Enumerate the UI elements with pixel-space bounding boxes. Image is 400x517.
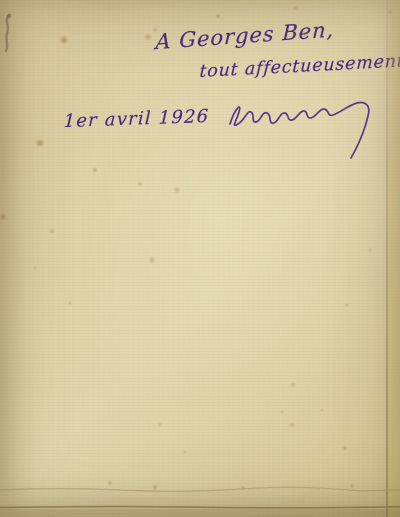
right-underpage-strip bbox=[388, 0, 400, 517]
foxing-spot bbox=[144, 33, 152, 41]
dedication-date: 1er avril 1926 bbox=[63, 106, 209, 132]
foxing-spot bbox=[280, 410, 285, 415]
foxing-spot bbox=[68, 301, 73, 306]
foxing-spot bbox=[290, 382, 295, 387]
dedication-line-1: A Georges Ben, bbox=[155, 18, 335, 55]
foxing-spot bbox=[289, 422, 295, 428]
left-edge-ink-smudge bbox=[1, 12, 15, 54]
foxing-spot bbox=[215, 13, 221, 19]
foxing-spot bbox=[59, 35, 69, 45]
foxing-spot bbox=[173, 186, 181, 194]
foxing-spot bbox=[137, 181, 143, 187]
book-flyleaf-page: A Georges Ben, tout affectueusement 1er … bbox=[0, 0, 400, 517]
signature-scribble bbox=[218, 94, 383, 174]
dedication-line-2: tout affectueusement bbox=[199, 51, 400, 82]
foxing-spot bbox=[0, 213, 7, 221]
foxing-spot bbox=[342, 445, 347, 450]
bottom-underpage-strip bbox=[0, 509, 400, 517]
foxing-spot bbox=[33, 266, 38, 271]
foxing-spot bbox=[92, 167, 98, 173]
foxing-spot bbox=[320, 408, 325, 413]
foxing-spot bbox=[49, 228, 55, 234]
right-page-edge-line bbox=[386, 0, 388, 517]
foxing-spot bbox=[183, 450, 187, 454]
foxing-spot bbox=[148, 256, 157, 265]
foxing-spot bbox=[35, 138, 45, 148]
foxing-spot bbox=[292, 5, 297, 10]
foxing-spot bbox=[157, 422, 162, 427]
foxing-spot bbox=[345, 303, 349, 307]
foxing-spot bbox=[367, 247, 373, 253]
